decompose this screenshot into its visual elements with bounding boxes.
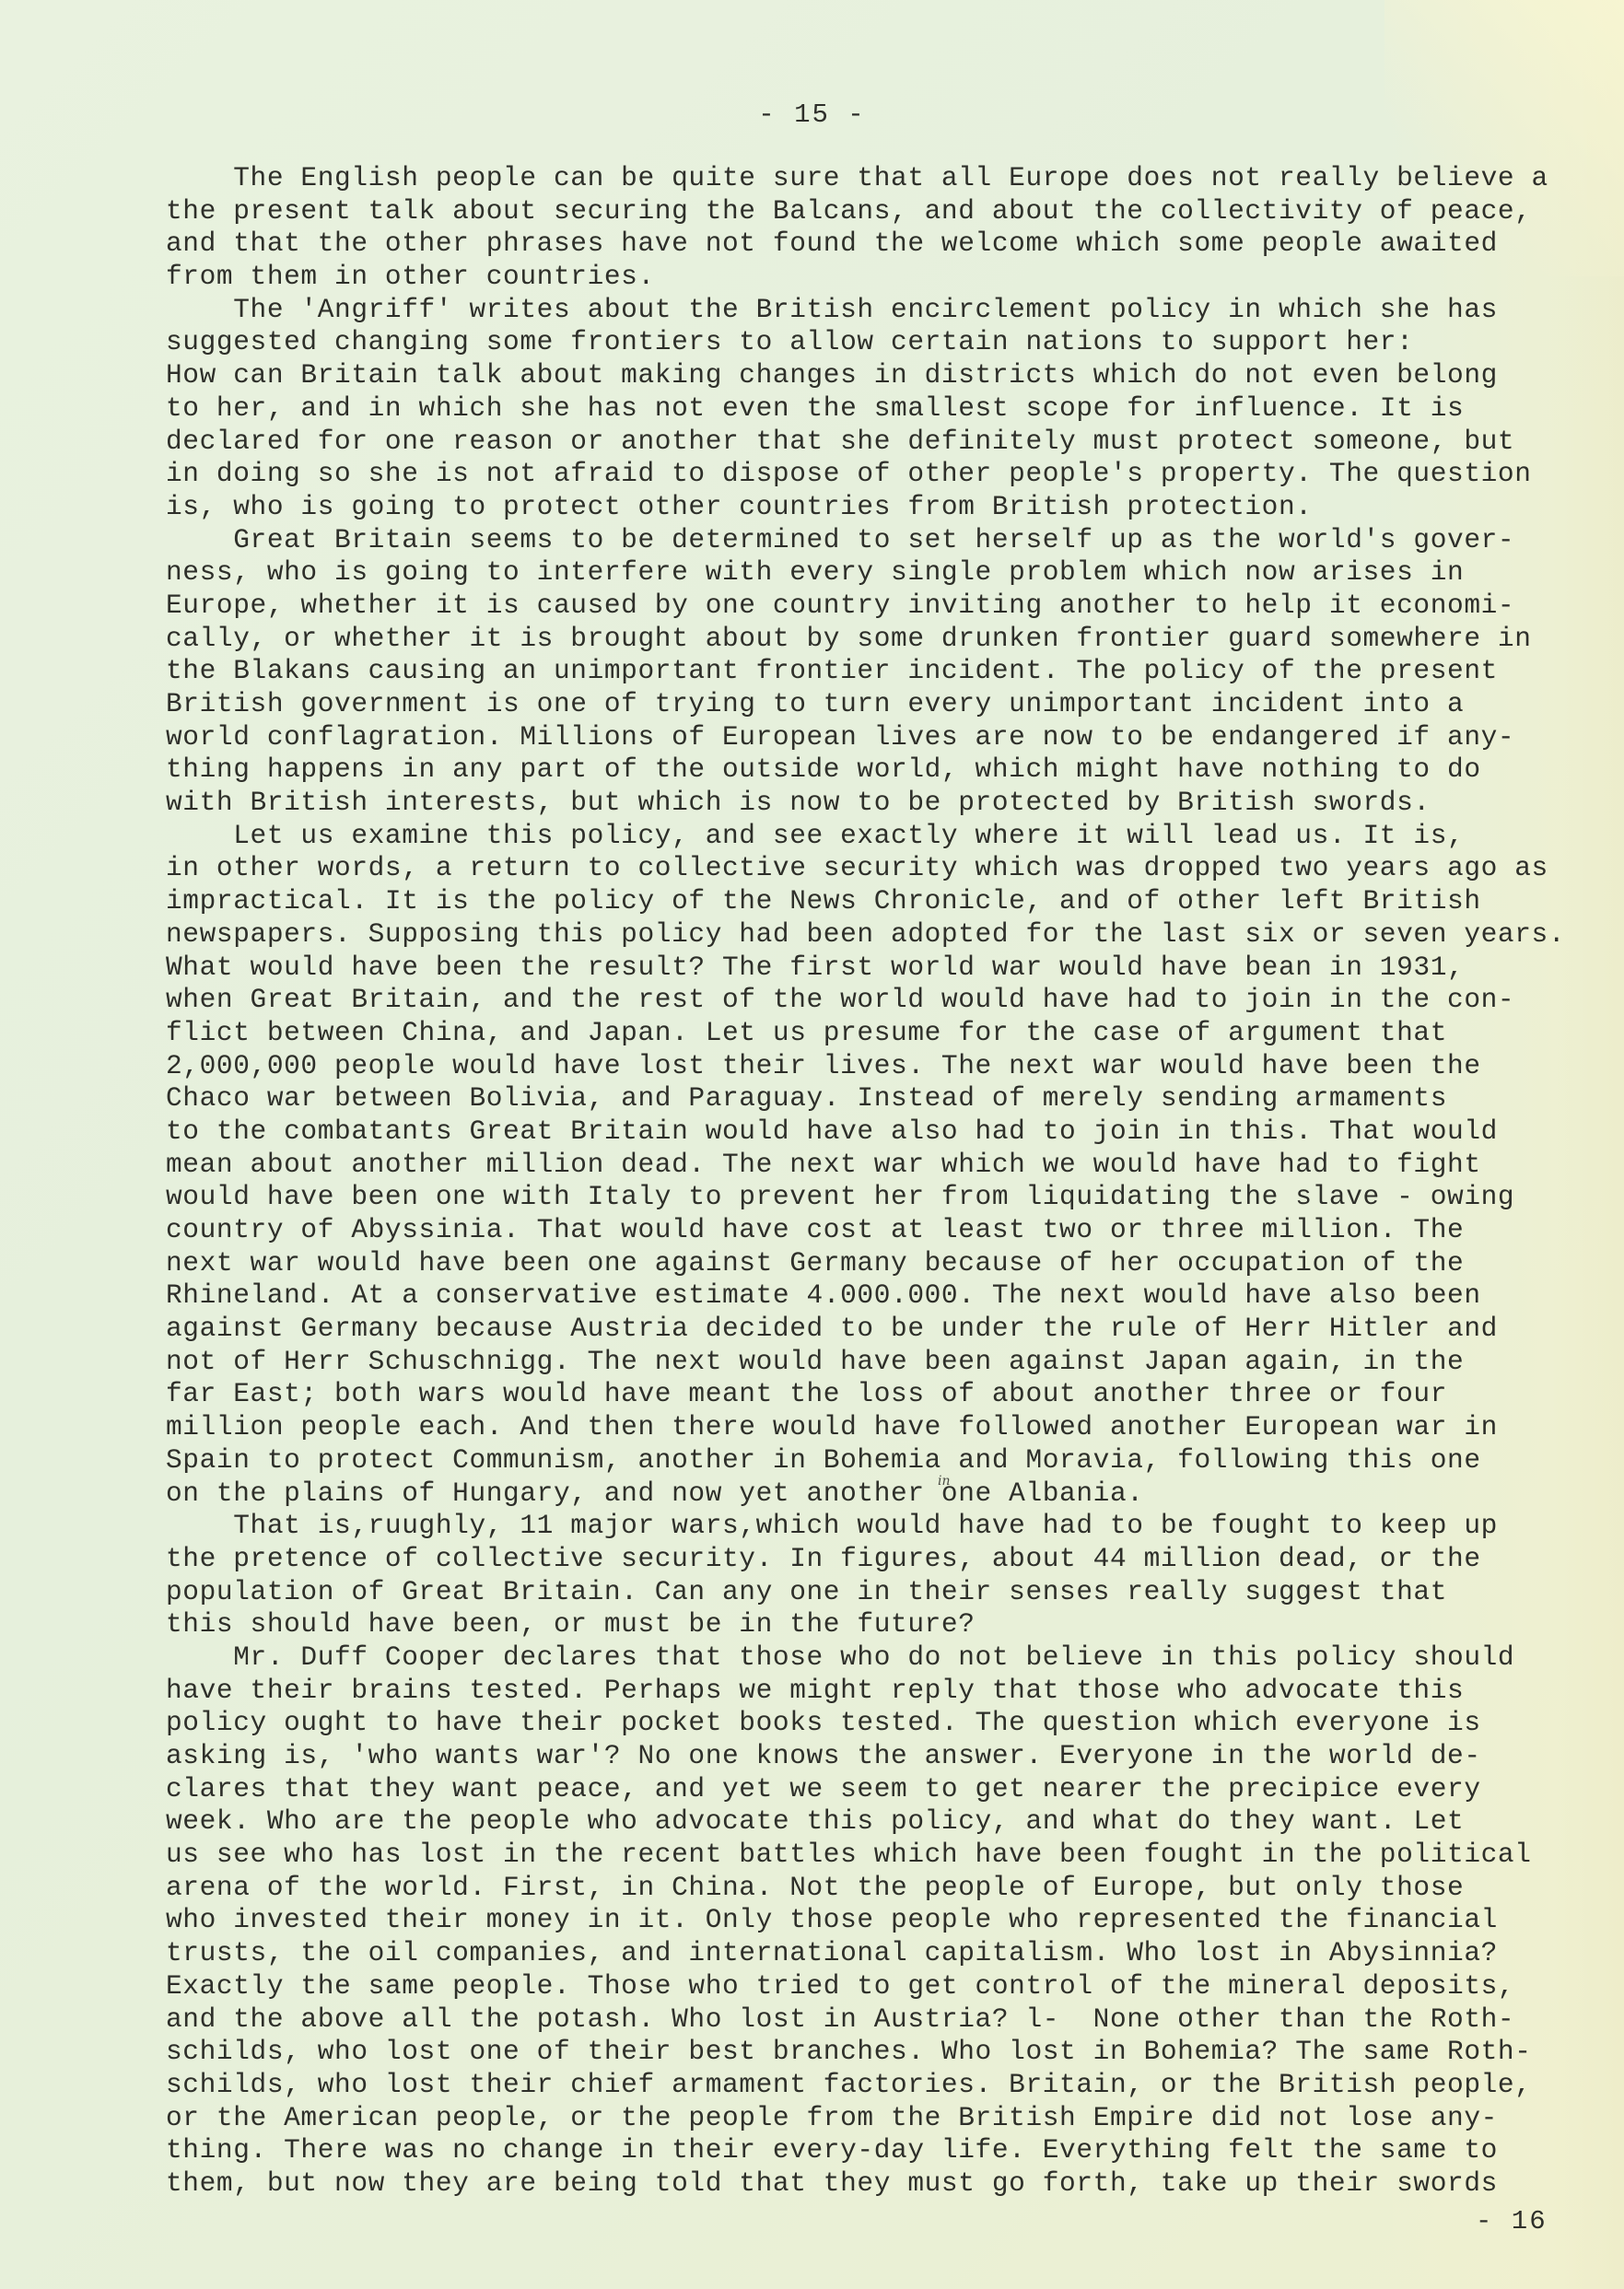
text-line: world conflagration. Millions of Europea… [166,721,1603,754]
text-line: Europe, whether it is caused by one coun… [166,590,1603,623]
text-line: Spain to protect Communism, another in B… [166,1444,1603,1477]
text-line: schilds, who lost their chief armament f… [166,2069,1603,2102]
text-line: the present talk about securing the Balc… [166,195,1603,228]
text-line: country of Abyssinia. That would have co… [166,1214,1603,1247]
text-line: from them in other countries. [166,261,1603,294]
text-line: The English people can be quite sure tha… [166,162,1603,195]
text-line: far East; both wars would have meant the… [166,1378,1603,1411]
text-line: population of Great Britain. Can any one… [166,1576,1603,1609]
text-line: week. Who are the people who advocate th… [166,1805,1603,1839]
text-line: asking is, 'who wants war'? No one knows… [166,1740,1603,1773]
text-line: British government is one of trying to t… [166,688,1603,721]
text-line: and that the other phrases have not foun… [166,228,1603,261]
text-line: The 'Angriff' writes about the British e… [166,294,1603,327]
text-line: to her, and in which she has not even th… [166,392,1603,426]
text-line: million people each. And then there woul… [166,1411,1603,1444]
text-line: thing. There was no change in their ever… [166,2134,1603,2167]
text-line: us see who has lost in the recent battle… [166,1839,1603,1872]
text-line: Rhineland. At a conservative estimate 4.… [166,1279,1603,1313]
text-line: and the above all the potash. Who lost i… [166,2003,1603,2037]
text-line: cally, or whether it is brought about by… [166,623,1603,656]
text-line: thing happens in any part of the outside… [166,753,1603,787]
page-number-top: - 15 - [0,99,1624,130]
typewritten-body-text: The English people can be quite sure tha… [166,162,1603,2201]
text-line: Great Britain seems to be determined to … [166,524,1603,557]
text-line: Chaco war between Bolivia, and Paraguay.… [166,1082,1603,1115]
text-line: to the combatants Great Britain would ha… [166,1115,1603,1149]
text-line: clares that they want peace, and yet we … [166,1773,1603,1806]
text-line: Exactly the same people. Those who tried… [166,1970,1603,2003]
text-line: 2,000,000 people would have lost their l… [166,1050,1603,1083]
text-line: the Blakans causing an unimportant front… [166,655,1603,688]
text-line: have their brains tested. Perhaps we mig… [166,1675,1603,1708]
text-line: against Germany because Austria decided … [166,1313,1603,1346]
text-line: arena of the world. First, in China. Not… [166,1872,1603,1905]
text-line: flict between China, and Japan. Let us p… [166,1017,1603,1050]
text-line: in doing so she is not afraid to dispose… [166,458,1603,491]
text-line: newspapers. Supposing this policy had be… [166,918,1603,952]
text-line: or the American people, or the people fr… [166,2102,1603,2135]
page-number-bottom: - 16 [1476,2206,1548,2236]
text-line: next war would have been one against Ger… [166,1247,1603,1280]
text-line: What would have been the result? The fir… [166,952,1603,985]
text-line: in other words, a return to collective s… [166,852,1603,885]
text-line: them, but now they are being told that t… [166,2167,1603,2201]
text-line: with British interests, but which is now… [166,787,1603,820]
text-line: on the plains of Hungary, and now yet an… [166,1477,1603,1511]
text-line: this should have been, or must be in the… [166,1608,1603,1641]
text-line: who invested their money in it. Only tho… [166,1904,1603,1937]
text-line: ness, who is going to interfere with eve… [166,556,1603,590]
text-line: when Great Britain, and the rest of the … [166,984,1603,1017]
text-line: is, who is going to protect other countr… [166,491,1603,524]
text-line: How can Britain talk about making change… [166,359,1603,392]
text-line: impractical. It is the policy of the New… [166,885,1603,918]
text-line: mean about another million dead. The nex… [166,1149,1603,1182]
text-line: not of Herr Schuschnigg. The next would … [166,1346,1603,1379]
text-line: the pretence of collective security. In … [166,1543,1603,1576]
text-line: Let us examine this policy, and see exac… [166,820,1603,853]
handwritten-annotation: in [938,1474,951,1489]
text-line: suggested changing some frontiers to all… [166,326,1603,359]
text-line: That is,ruughly, 11 major wars,which wou… [166,1510,1603,1543]
text-line: would have been one with Italy to preven… [166,1181,1603,1214]
text-line: schilds, who lost one of their best bran… [166,2036,1603,2069]
text-line: trusts, the oil companies, and internati… [166,1937,1603,1970]
text-line: declared for one reason or another that … [166,426,1603,459]
text-line: policy ought to have their pocket books … [166,1707,1603,1740]
text-line: Mr. Duff Cooper declares that those who … [166,1641,1603,1675]
